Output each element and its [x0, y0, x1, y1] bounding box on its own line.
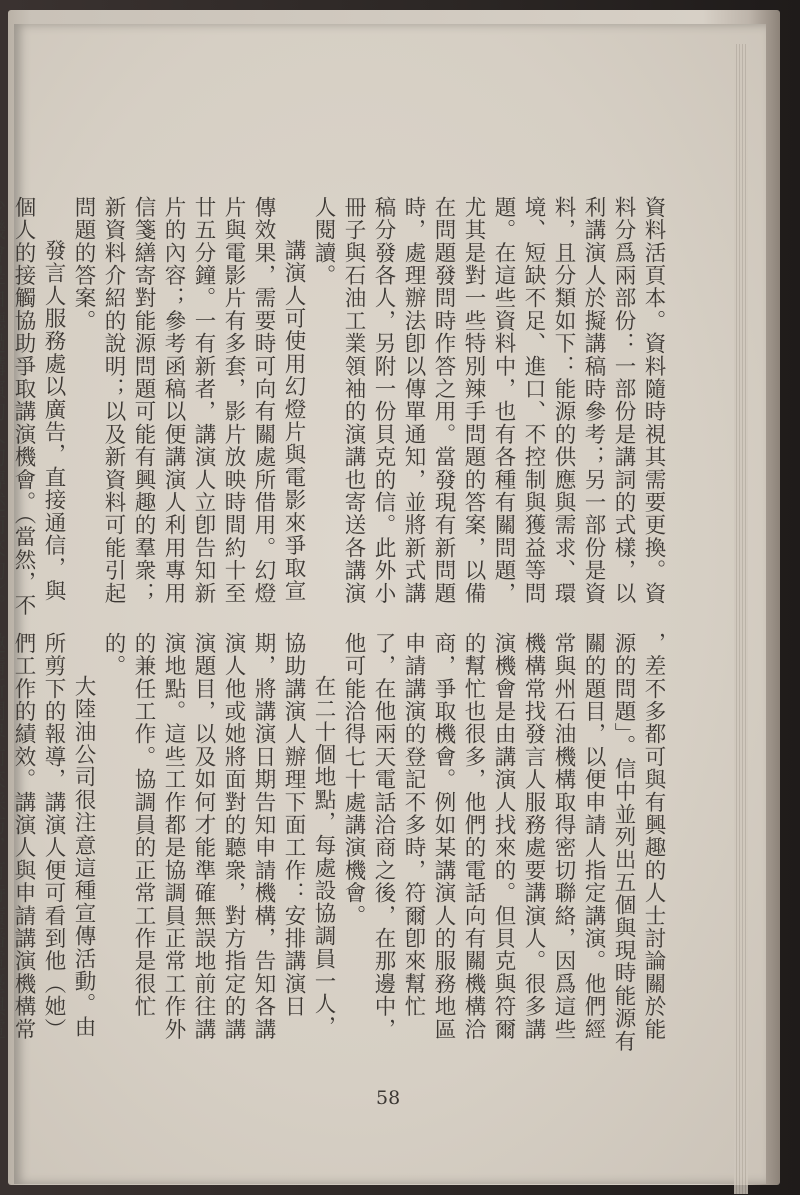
page-number: 58 [376, 1087, 400, 1109]
paragraph: 大陸油公司很注意這種宣傳活動。由所剪下的報導，講演人便可看到他（她）們工作的績效… [0, 632, 98, 1060]
paragraph: 講演人可使用幻燈片與電影來爭取宣傳效果，需要時可向有關處所借用。幻燈片與電影片有… [68, 196, 308, 621]
paragraph: 在二十個地點，每處設協調員一人，協助講演人辦理下面工作：安排講演日期，將講演日期… [98, 632, 338, 1060]
bottom-text-section: ，差不多都可與有興趣的人士討論關於能源的問題」。信中並列出五個與現時能源有關的題… [28, 632, 668, 1060]
paragraph: ，差不多都可與有興趣的人士討論關於能源的問題」。信中並列出五個與現時能源有關的題… [338, 632, 668, 1060]
top-text-section: 資料活頁本。資料隨時視其需要更換。資料分爲兩部份：一部份是講詞的式樣，以利講演人… [28, 196, 668, 621]
paragraph: 發言人服務處以廣告，直接通信，與個人的接觸協助爭取講演機會。（當然，不少機會是由… [0, 196, 68, 621]
page-stack: 資料活頁本。資料隨時視其需要更換。資料分爲兩部份：一部份是講詞的式樣，以利講演人… [8, 10, 780, 1185]
book-page: 資料活頁本。資料隨時視其需要更換。資料分爲兩部份：一部份是講詞的式樣，以利講演人… [14, 24, 766, 1184]
page-edges [734, 44, 748, 1194]
paragraph: 資料活頁本。資料隨時視其需要更換。資料分爲兩部份：一部份是講詞的式樣，以利講演人… [308, 196, 668, 621]
